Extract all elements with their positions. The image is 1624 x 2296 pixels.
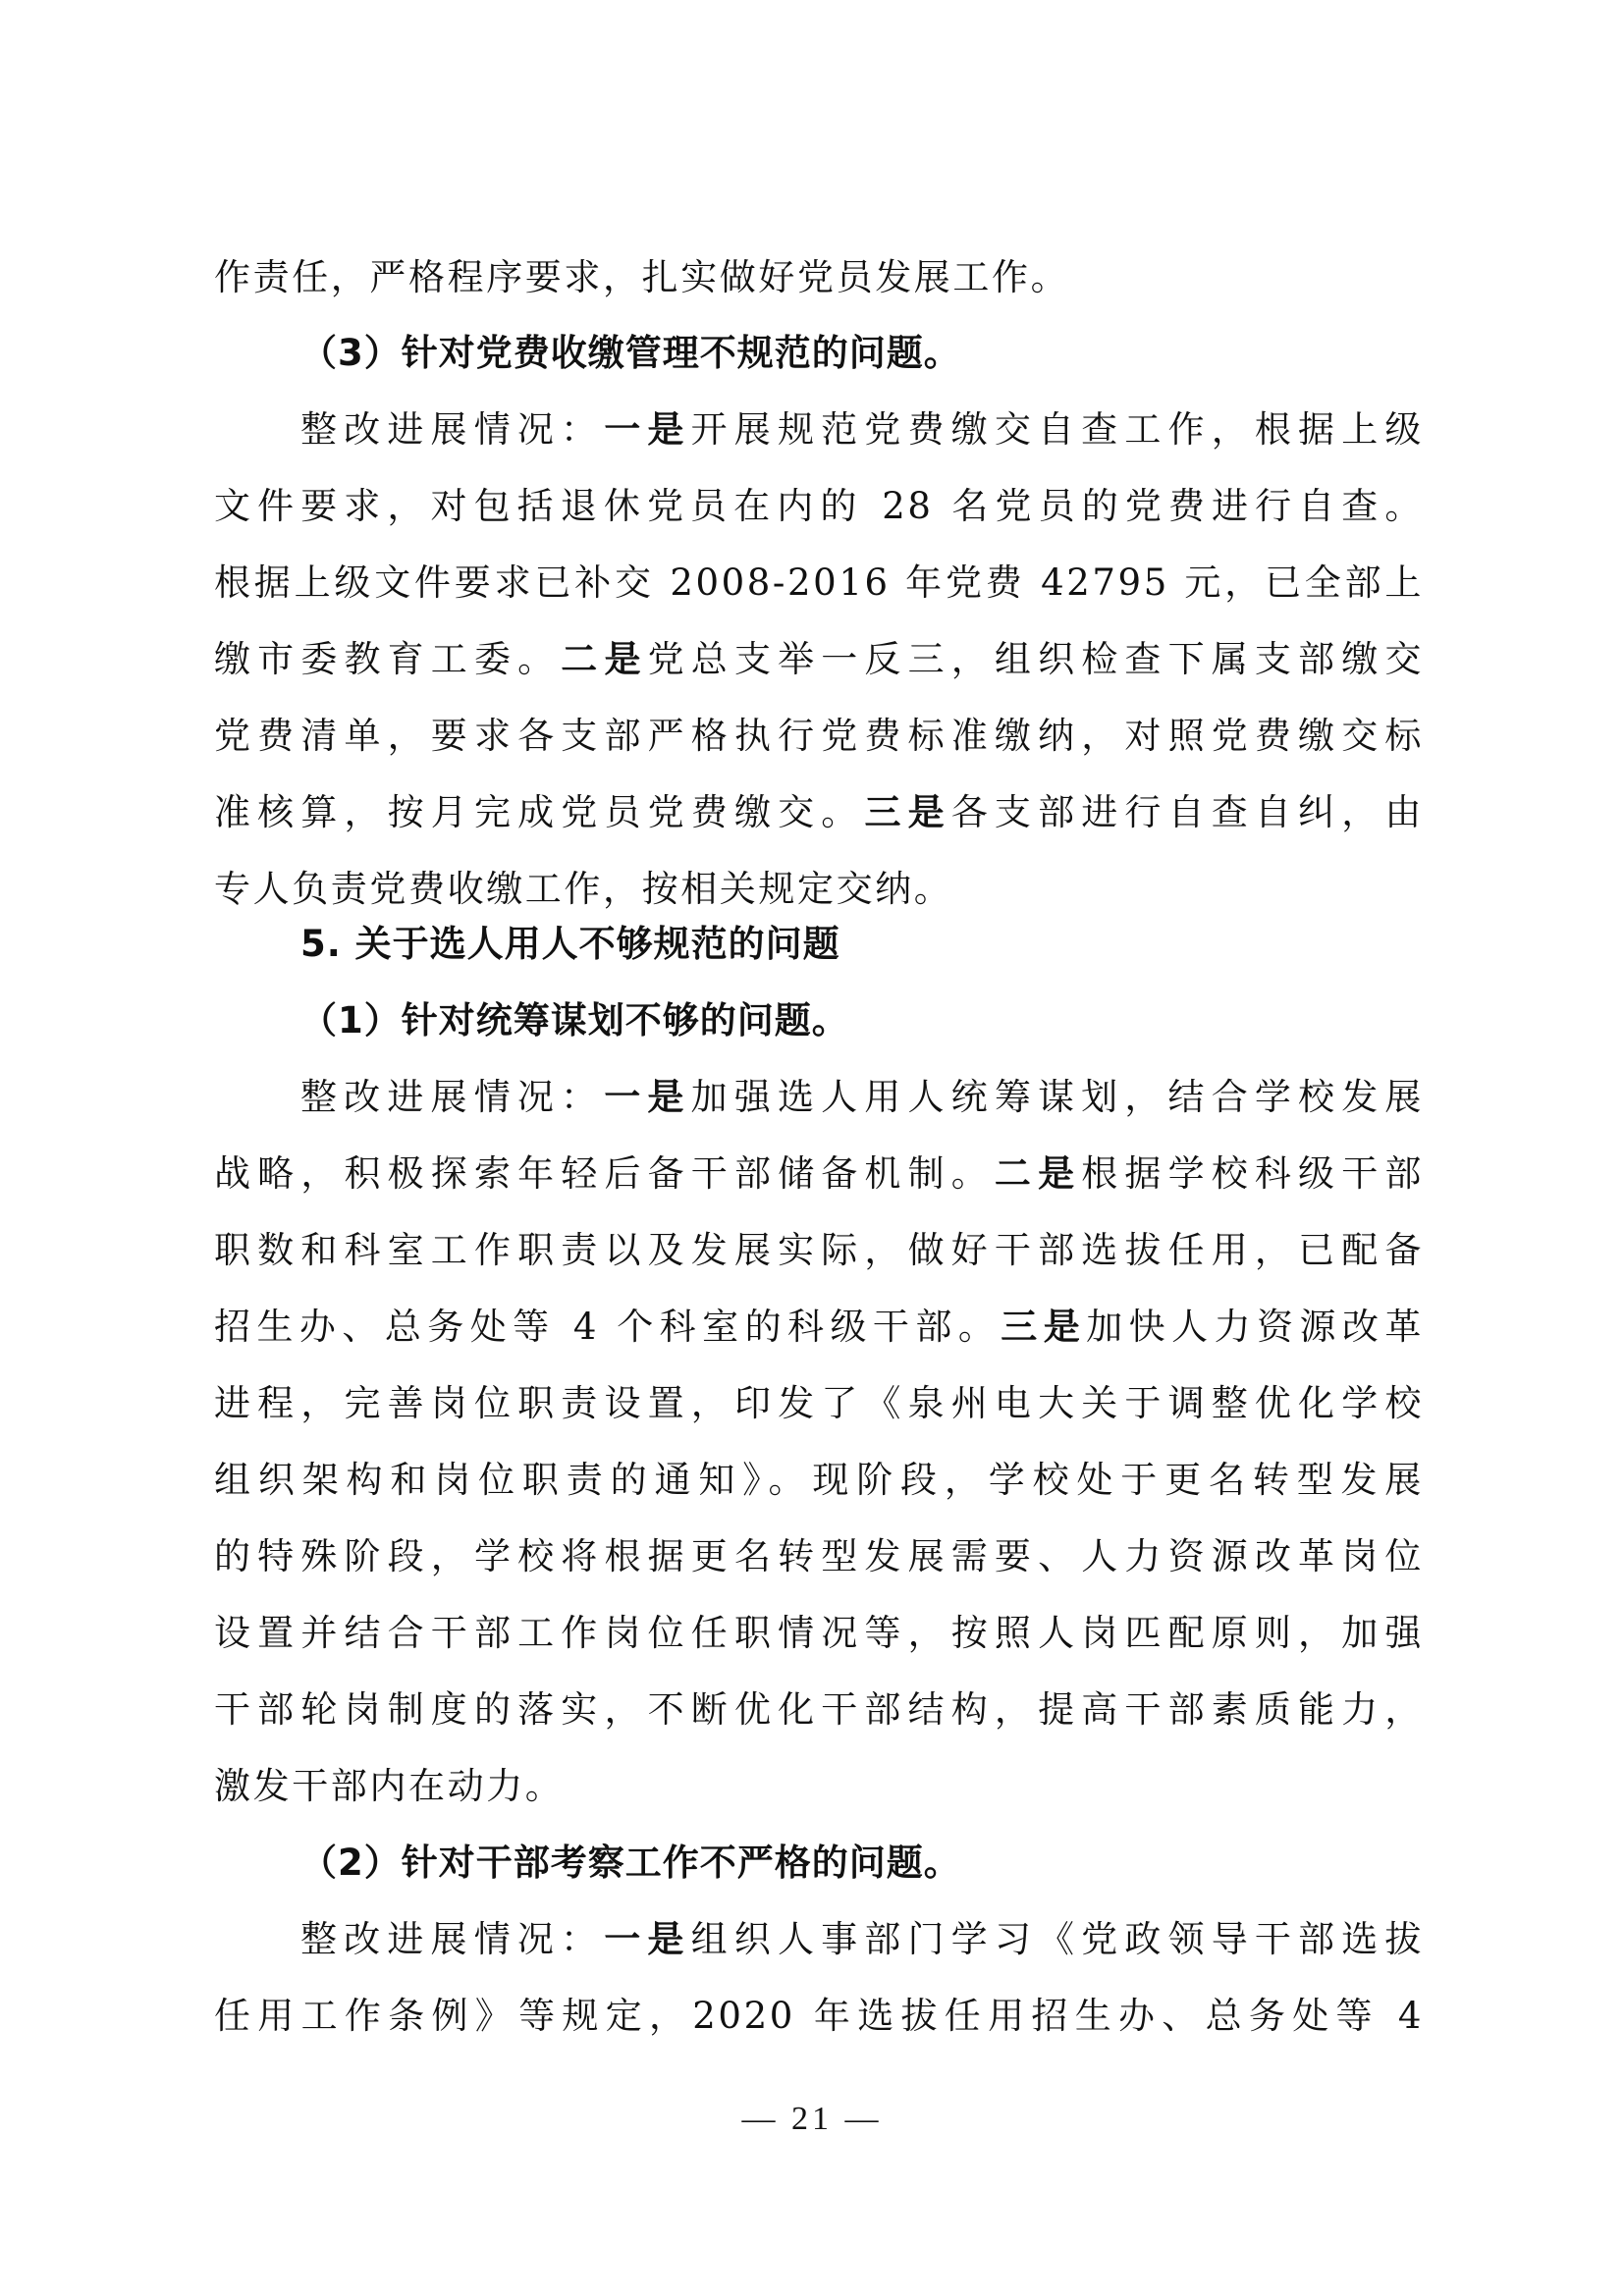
paragraph-line: 文件要求，对包括退休党员在内的 28 名党员的党费进行自查。 bbox=[214, 477, 1424, 536]
section-heading: 5. 关于选人用人不够规范的问题 bbox=[300, 915, 1424, 974]
text-segment: 进程，完善岗位职责设置，印发了《泉州电大关于调整优化学校 bbox=[214, 1382, 1424, 1424]
text-segment: 作责任，严格程序要求，扎实做好党员发展工作。 bbox=[214, 256, 1069, 298]
text-segment: 各支部进行自查自纠，由 bbox=[951, 791, 1424, 833]
text-segment: 任用工作条例》等规定，2020 年选拔任用招生办、总务处等 4 bbox=[214, 1995, 1424, 2037]
text-segment: 的特殊阶段，学校将根据更名转型发展需要、人力资源改革岗位 bbox=[214, 1535, 1424, 1577]
paragraph-line: 激发干部内在动力。 bbox=[214, 1757, 1424, 1816]
text-segment: 整改进展情况： bbox=[300, 1918, 604, 1960]
document-page: 作责任，严格程序要求，扎实做好党员发展工作。（3）针对党费收缴管理不规范的问题。… bbox=[0, 0, 1624, 2296]
text-segment: 党总支举一反三，组织检查下属支部缴交 bbox=[648, 638, 1424, 680]
paragraph-line: 的特殊阶段，学校将根据更名转型发展需要、人力资源改革岗位 bbox=[214, 1527, 1424, 1586]
paragraph-line: 进程，完善岗位职责设置，印发了《泉州电大关于调整优化学校 bbox=[214, 1374, 1424, 1433]
paragraph-line: 党费清单，要求各支部严格执行党费标准缴纳，对照党费缴交标 bbox=[214, 707, 1424, 766]
text-segment: （3）针对党费收缴管理不规范的问题。 bbox=[300, 332, 961, 374]
section-heading: （2）针对干部考察工作不严格的问题。 bbox=[300, 1834, 1424, 1893]
text-segment: 根据学校科级干部 bbox=[1081, 1152, 1424, 1195]
text-segment: 职数和科室工作职责以及发展实际，做好干部选拔任用，已配备 bbox=[214, 1229, 1424, 1271]
emphasis-text: 三是 bbox=[864, 791, 950, 833]
text-segment: （2）针对干部考察工作不严格的问题。 bbox=[300, 1842, 961, 1884]
paragraph-line: 任用工作条例》等规定，2020 年选拔任用招生办、总务处等 4 bbox=[214, 1987, 1424, 2046]
emphasis-text: 三是 bbox=[1001, 1306, 1086, 1348]
paragraph-line: 整改进展情况：一是组织人事部门学习《党政领导干部选拔 bbox=[300, 1910, 1424, 1969]
text-segment: （1）针对统筹谋划不够的问题。 bbox=[300, 999, 849, 1041]
text-segment: 组织架构和岗位职责的通知》。现阶段，学校处于更名转型发展 bbox=[214, 1459, 1424, 1501]
paragraph-line: 根据上级文件要求已补交 2008-2016 年党费 42795 元，已全部上 bbox=[214, 554, 1424, 613]
paragraph-line: 整改进展情况：一是加强选人用人统筹谋划，结合学校发展 bbox=[300, 1068, 1424, 1127]
emphasis-text: 二是 bbox=[995, 1152, 1081, 1195]
emphasis-text: 一是 bbox=[604, 1918, 690, 1960]
section-heading: （1）针对统筹谋划不够的问题。 bbox=[300, 991, 1424, 1050]
emphasis-text: 二是 bbox=[561, 638, 647, 680]
text-segment: 开展规范党费缴交自查工作，根据上级 bbox=[691, 408, 1424, 451]
text-segment: 加强选人用人统筹谋划，结合学校发展 bbox=[691, 1076, 1424, 1118]
text-segment: 激发干部内在动力。 bbox=[214, 1765, 564, 1807]
text-segment: 5. 关于选人用人不够规范的问题 bbox=[300, 923, 840, 965]
text-segment: 干部轮岗制度的落实，不断优化干部结构，提高干部素质能力， bbox=[214, 1688, 1424, 1731]
paragraph-line: 组织架构和岗位职责的通知》。现阶段，学校处于更名转型发展 bbox=[214, 1451, 1424, 1510]
text-segment: 党费清单，要求各支部严格执行党费标准缴纳，对照党费缴交标 bbox=[214, 715, 1424, 757]
emphasis-text: 一是 bbox=[604, 408, 690, 451]
page-number: — 21 — bbox=[0, 2101, 1624, 2138]
paragraph-line: 设置并结合干部工作岗位任职情况等，按照人岗匹配原则，加强 bbox=[214, 1604, 1424, 1663]
paragraph-line: 整改进展情况：一是开展规范党费缴交自查工作，根据上级 bbox=[300, 400, 1424, 459]
text-segment: 文件要求，对包括退休党员在内的 28 名党员的党费进行自查。 bbox=[214, 485, 1424, 527]
text-segment: 战略，积极探索年轻后备干部储备机制。 bbox=[214, 1152, 995, 1195]
emphasis-text: 一是 bbox=[604, 1076, 690, 1118]
paragraph-line: 招生办、总务处等 4 个科室的科级干部。三是加快人力资源改革 bbox=[214, 1298, 1424, 1357]
text-segment: 准核算，按月完成党员党费缴交。 bbox=[214, 791, 864, 833]
paragraph-line: 作责任，严格程序要求，扎实做好党员发展工作。 bbox=[214, 248, 1424, 307]
paragraph-line: 专人负责党费收缴工作，按相关规定交纳。 bbox=[214, 860, 1424, 919]
text-segment: 设置并结合干部工作岗位任职情况等，按照人岗匹配原则，加强 bbox=[214, 1612, 1424, 1654]
paragraph-line: 战略，积极探索年轻后备干部储备机制。二是根据学校科级干部 bbox=[214, 1145, 1424, 1203]
paragraph-line: 职数和科室工作职责以及发展实际，做好干部选拔任用，已配备 bbox=[214, 1221, 1424, 1280]
paragraph-line: 缴市委教育工委。二是党总支举一反三，组织检查下属支部缴交 bbox=[214, 630, 1424, 689]
text-segment: 整改进展情况： bbox=[300, 1076, 604, 1118]
text-segment: 根据上级文件要求已补交 2008-2016 年党费 42795 元，已全部上 bbox=[214, 561, 1424, 604]
text-segment: 组织人事部门学习《党政领导干部选拔 bbox=[691, 1918, 1424, 1960]
section-heading: （3）针对党费收缴管理不规范的问题。 bbox=[300, 324, 1424, 383]
text-segment: 缴市委教育工委。 bbox=[214, 638, 561, 680]
paragraph-line: 干部轮岗制度的落实，不断优化干部结构，提高干部素质能力， bbox=[214, 1681, 1424, 1739]
text-segment: 加快人力资源改革 bbox=[1086, 1306, 1424, 1348]
text-segment: 整改进展情况： bbox=[300, 408, 604, 451]
text-segment: 招生办、总务处等 4 个科室的科级干部。 bbox=[214, 1306, 1001, 1348]
text-segment: 专人负责党费收缴工作，按相关规定交纳。 bbox=[214, 868, 952, 910]
paragraph-line: 准核算，按月完成党员党费缴交。三是各支部进行自查自纠，由 bbox=[214, 783, 1424, 842]
